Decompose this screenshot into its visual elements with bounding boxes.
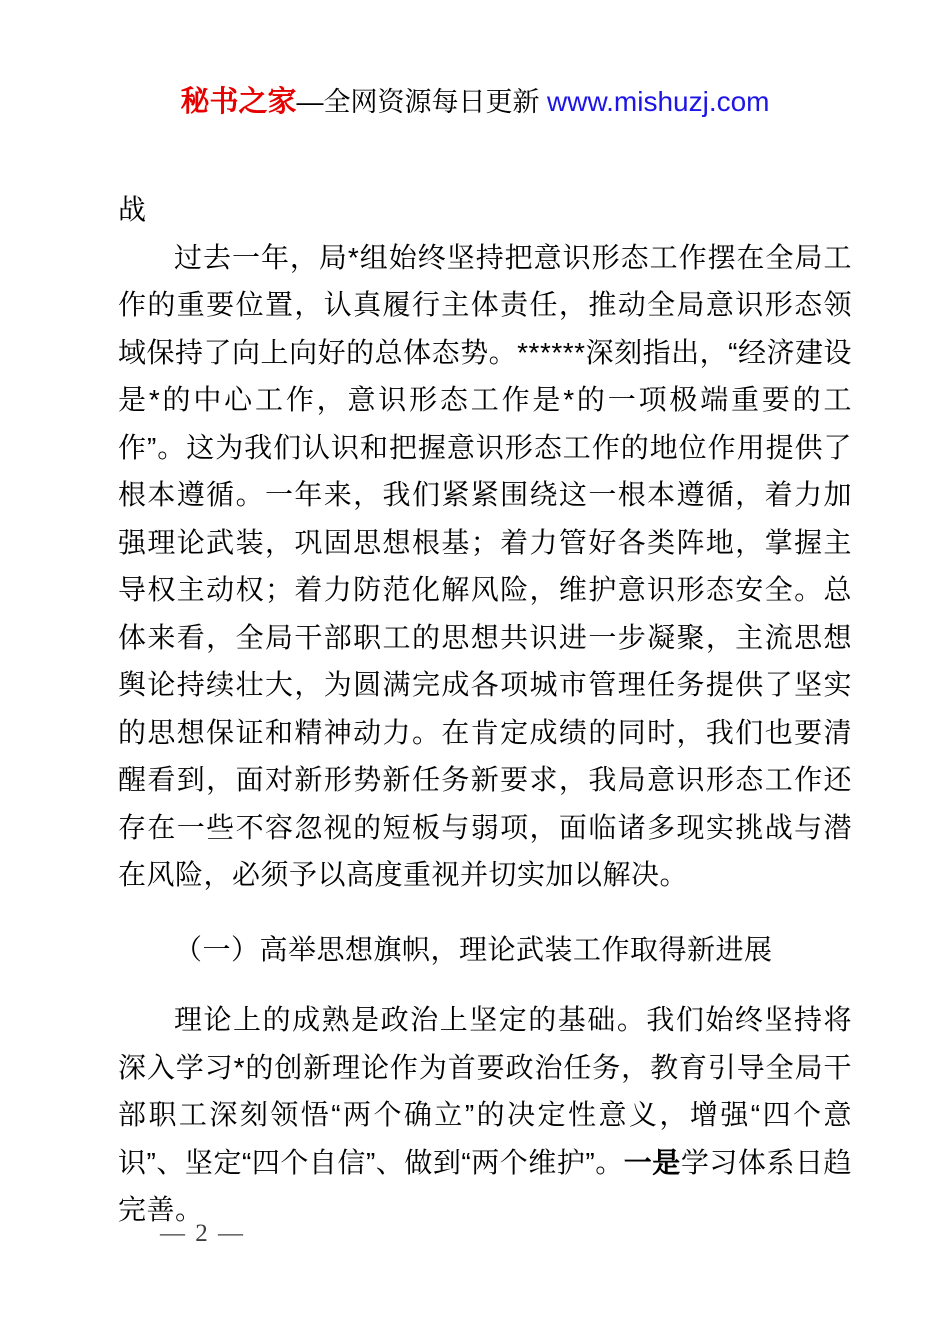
page-number: — 2 — [160,1220,245,1248]
site-header: 秘书之家—全网资源每日更新 www.mishuzj.com [0,82,950,122]
document-page: 秘书之家—全网资源每日更新 www.mishuzj.com 战 过去一年，局*组… [0,0,950,1344]
paragraph-overview: 过去一年，局*组始终坚持把意识形态工作摆在全局工作的重要位置，认真履行主体责任，… [118,234,852,899]
site-brand: 秘书之家 [180,86,296,118]
paragraph-theory: 理论上的成熟是政治上坚定的基础。我们始终坚持将深入学习*的创新理论作为首要政治任… [118,996,852,1234]
document-body: 战 过去一年，局*组始终坚持把意识形态工作摆在全局工作的重要位置，认真履行主体责… [118,186,852,1234]
site-url-link[interactable]: www.mishuzj.com [547,86,769,117]
paragraph-theory-emphasis: 一是 [624,1147,681,1178]
carryover-line: 战 [118,186,852,234]
site-tagline: —全网资源每日更新 [297,87,548,117]
section-heading-one: （一）高举思想旗帜，理论武装工作取得新进展 [118,926,852,974]
